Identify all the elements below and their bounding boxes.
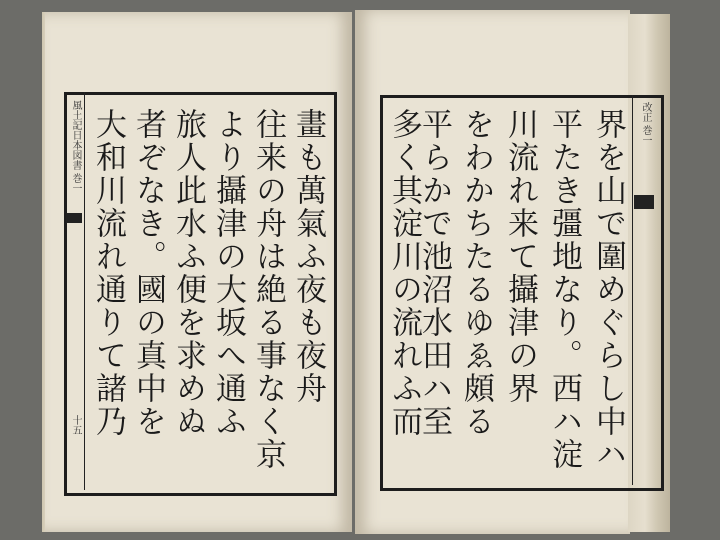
left-col-2: 往来の舟は絶る事なく京 bbox=[252, 108, 283, 471]
right-margin-column bbox=[632, 95, 657, 485]
left-col-6: 大和川流れ通りて諸乃 bbox=[92, 108, 123, 438]
right-margin-title: 改正 巻一 bbox=[638, 102, 653, 145]
left-margin-title: 風土記日本図書 巻一 bbox=[68, 100, 83, 193]
left-fishtail-mark bbox=[66, 213, 82, 223]
right-col-3: 川流れ来て攝津の界 bbox=[504, 108, 535, 405]
left-page-number: 十五 bbox=[68, 415, 83, 435]
right-col-5: 平らかで池沼水田ハ至 bbox=[418, 108, 449, 438]
left-col-1: 畫も萬氣ふ夜も夜舟 bbox=[292, 108, 323, 405]
left-col-5: 者ぞなき。國の真中を bbox=[132, 108, 163, 438]
right-col-6: 多く其淀川の流れふ而 bbox=[388, 108, 419, 438]
right-col-1: 界を山で圍めぐらし中ハ bbox=[592, 108, 623, 471]
left-col-3: より攝津の大坂へ通ふ bbox=[212, 108, 243, 438]
right-col-4: をわかちたるゆゑ頗る bbox=[460, 108, 491, 438]
right-fishtail-mark bbox=[634, 195, 654, 209]
right-col-2: 平たき彊地なり。西ハ淀 bbox=[548, 108, 579, 471]
left-col-4: 旅人此水ふ便を求めぬ bbox=[172, 108, 203, 438]
